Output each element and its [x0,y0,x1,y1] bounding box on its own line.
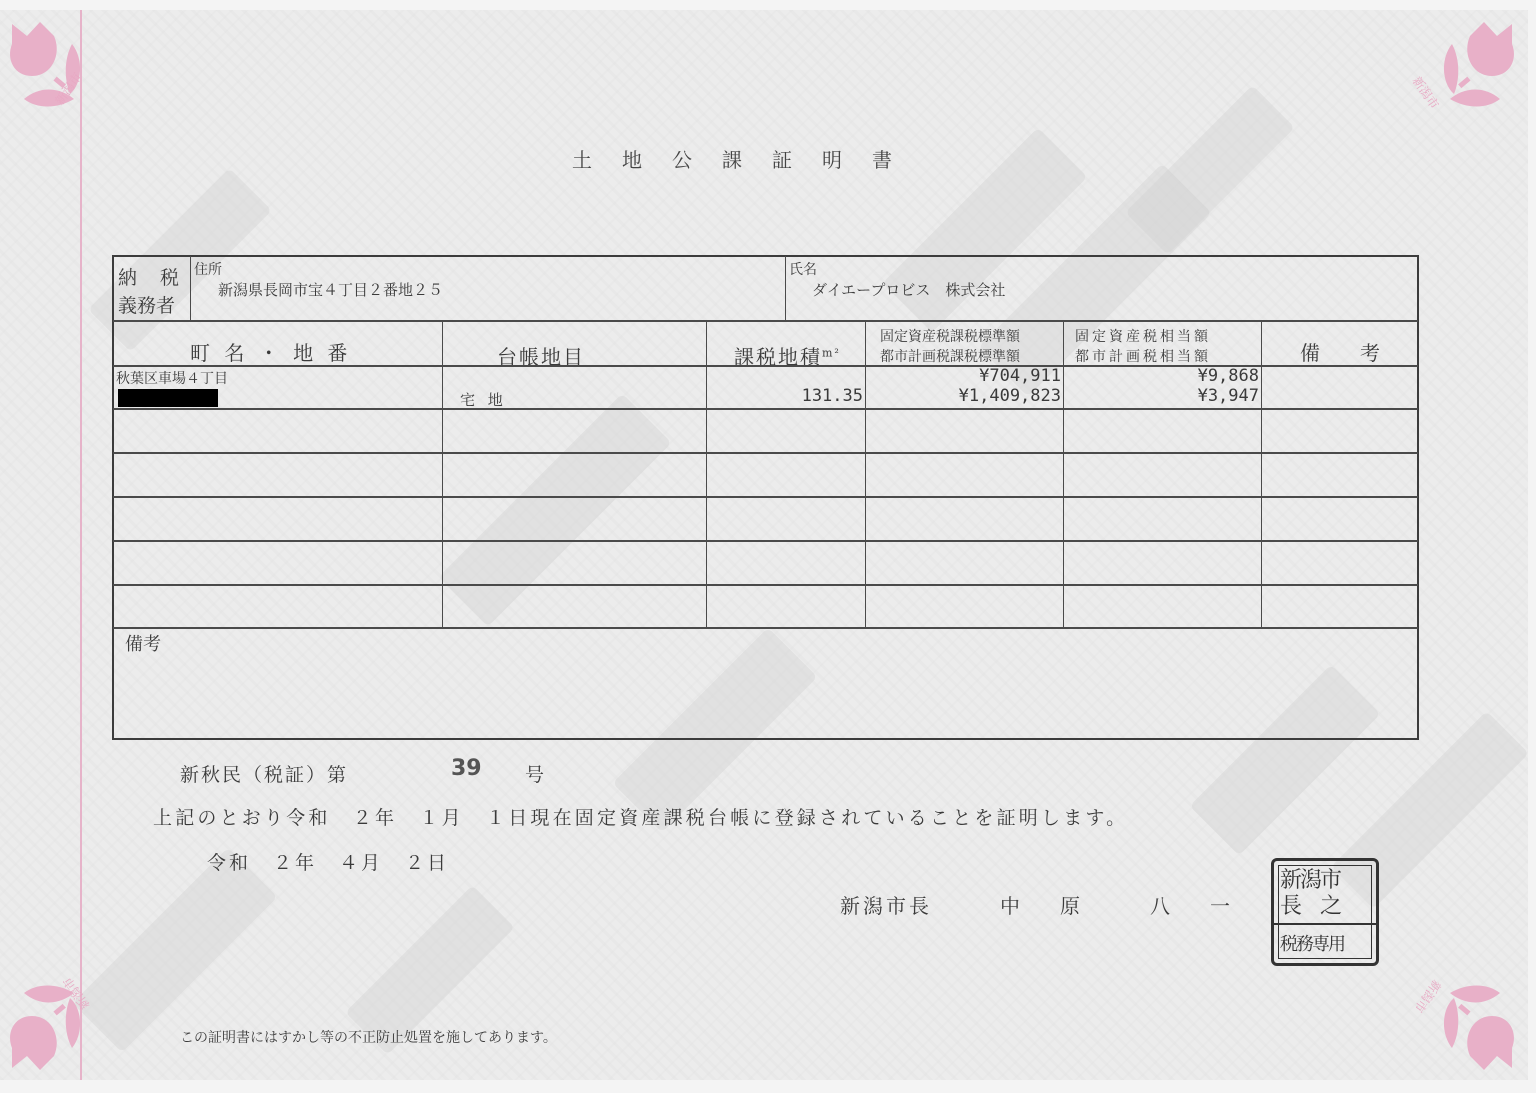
margin-line [80,10,82,1080]
taxpayer-label: 納 税 [118,263,181,290]
redacted-lot-number [118,389,218,407]
row-city-plan-tax: ¥3,947 [1198,386,1259,406]
area-unit: m² [822,346,841,359]
issuer-name: 中 原 八 一 [1000,890,1240,919]
table-divider [113,627,1418,629]
table-divider [785,256,786,322]
table-divider [113,584,1418,586]
issue-date: 令和 ２年 ４月 ２日 [207,848,449,875]
anti-forgery-note: この証明書にはすかし等の不正防止処置を施してあります。 [180,1027,557,1047]
table-divider [190,256,191,322]
header-std-amount-2: 都市計画税課税標準額 [880,346,1020,366]
row-taxable-area: 131.35 [802,386,863,406]
table-divider [113,408,1418,410]
issuer-title: 新潟市長 [840,890,932,919]
tulip-logo-icon [1432,978,1522,1078]
header-remarks: 備 考 [1300,337,1380,366]
header-tax-amount-1: 固定資産税相当額 [1075,326,1211,346]
tulip-logo-icon [2,14,92,114]
table-divider [706,322,707,628]
taxpayer-label: 義務者 [118,291,175,318]
table-divider [113,320,1418,322]
row-fixed-asset-tax: ¥9,868 [1198,366,1259,386]
header-location: 町 名 ・ 地 番 [190,337,351,366]
header-tax-amount-2: 都市計画税相当額 [1075,346,1211,366]
certificate-number-prefix: 新秋民（税証）第 [180,760,348,787]
certificate-number-suffix: 号 [525,760,544,787]
document-title: 土地公課証明書 [572,144,922,173]
table-divider [113,540,1418,542]
official-seal-stamp: 新潟市 長 之 税務専用 [1271,858,1379,966]
row-location: 秋葉区車場４丁目 [116,368,228,388]
tulip-logo-icon [1432,14,1522,114]
name-label: 氏名 [789,259,817,279]
remarks-label: 備考 [125,630,161,656]
row-city-plan-std: ¥1,409,823 [959,386,1061,406]
certification-statement: 上記のとおり令和 ２年 １月 １日現在固定資産課税台帳に登録されていることを証明… [153,803,1128,830]
table-divider [113,496,1418,498]
table-divider [865,322,866,628]
table-divider [1261,322,1262,628]
certificate-number: 39 [451,756,482,781]
row-fixed-asset-std: ¥704,911 [979,366,1061,386]
table-divider [1063,322,1064,628]
address-label: 住所 [194,259,222,279]
name-value: ダイエープロビス 株式会社 [812,279,1005,300]
header-std-amount-1: 固定資産税課税標準額 [880,326,1020,346]
table-divider [113,452,1418,454]
table-divider [442,322,443,628]
address-value: 新潟県長岡市宝４丁目２番地２５ [218,279,443,300]
row-land-category: 宅 地 [460,389,507,410]
